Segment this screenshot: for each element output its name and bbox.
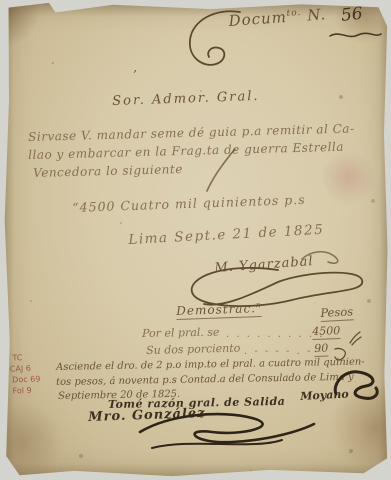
header-doc-label: Docum: [228, 8, 287, 30]
amount-quantity: “4500: [72, 198, 116, 214]
account-heading-sup: n: [256, 300, 262, 309]
margin-note-line-3: Doc 69: [12, 374, 41, 386]
fragata-descender-flourish: [203, 147, 243, 193]
header-doc-number: 56: [340, 4, 364, 26]
scanned-document: Documto. N. 56 ’ Sor. Admor. Gral. Sirva…: [0, 0, 391, 480]
amount-line: “4500 Cuatro mil quinientos p.s: [72, 192, 306, 215]
salutation: Sor. Admor. Gral.: [112, 89, 260, 109]
account-row-1-value: 4500: [312, 324, 340, 338]
account-row-2-leader: . - - - - . - -: [244, 346, 323, 357]
bottom-right-scribble: [330, 366, 382, 404]
header-n-label: N.: [307, 5, 327, 24]
header-doc-sup: to.: [286, 8, 301, 19]
account-row-1-leader: . . . . . . . . . .: [226, 329, 324, 340]
account-heading: Demostrac.n: [176, 300, 262, 318]
stray-ink-mark: ’: [133, 68, 137, 82]
account-heading-base: Demostrac.: [176, 301, 256, 318]
archival-margin-note: TC CAJ 6 Doc 69 Fol 9: [12, 352, 41, 397]
body-line-2: llao y embarcar en la Frag.ta de guerra …: [28, 140, 344, 162]
certification-line-2: tos pesos, á noventa p.s Contad.a del Co…: [56, 372, 354, 388]
certification-line-1: Asciende el dro. de 2 p.o imp.to el pral…: [56, 357, 365, 373]
amount-text: Cuatro mil quinientos p.s: [120, 192, 306, 213]
account-row-2-value: 90: [314, 342, 328, 355]
account-row-2-label: Su dos porciento: [146, 342, 240, 357]
paper-foxing-specks: [0, 0, 2, 2]
account-row-1-label: Por el pral. se: [142, 326, 220, 340]
header-number-underline: [328, 28, 383, 42]
account-column-header: Pesos: [320, 304, 353, 320]
signature-bottom-rubric: [130, 406, 322, 456]
paper-sheet: Documto. N. 56 ’ Sor. Admor. Gral. Sirva…: [0, 0, 391, 480]
dateline: Lima Sept.e 21 de 1825: [128, 222, 325, 248]
margin-note-line-4: Fol 9: [12, 385, 41, 397]
account-row-1-check-flourish: [348, 330, 362, 346]
body-line-3: Vencedora lo siguiente: [33, 162, 183, 180]
